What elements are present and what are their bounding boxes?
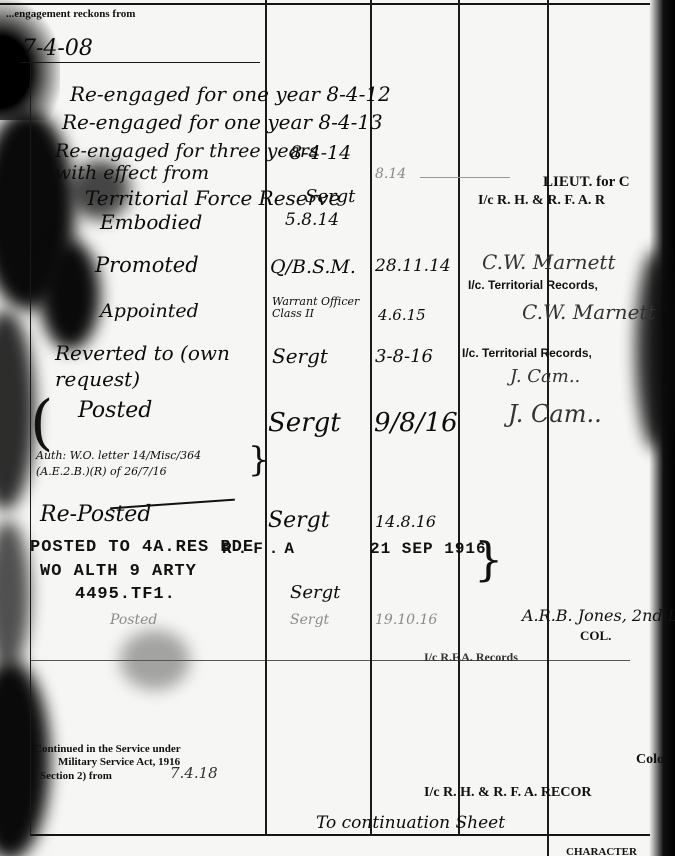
later-entry-rank: Sergt [290,582,340,603]
entry-4-signature: J. Cam.. [508,400,602,428]
col-label: Colo [636,752,664,768]
engagement-date: 7-4-08 [22,36,93,61]
entry-1-date: 28.11.14 [375,256,451,276]
entry-5-authority: Auth: W.O. letter 14/Misc/364 (A.E.2.B.)… [36,448,256,480]
entry-3-signature-faint: J. Cam.. [510,366,580,387]
records-label: I/c R. H. & R. F. A. RECOR [424,785,592,801]
note-5-date: 5.8.14 [285,210,339,230]
note-4: Territorial Force Reserve [85,186,340,210]
stamp-line-1: POSTED TO 4A.RES BDE [30,538,254,557]
territorial-records-1: I/c. Territorial Records, [468,278,598,292]
territorial-records-2: I/c. Territorial Records, [462,346,592,360]
note-5: Embodied [100,210,202,234]
entry-1-signature: C.W. Marnett [482,250,615,274]
later-entry-col-label: COL. [580,628,611,644]
later-entry-authority: I/c R.F.A. Records [424,650,518,665]
arrow-line [420,177,510,178]
lieut-for-label: LIEUT. for C [543,174,630,191]
continued-line-1: Continued in the Service under [34,743,181,755]
column-line-4 [458,0,460,836]
entry-3-event: Reverted to (own request) [55,340,265,392]
column-line-5 [547,0,549,856]
right-brace: } [248,440,270,480]
continued-line-3: Section 2) from [40,770,112,782]
stain-left-2 [40,240,100,350]
entry-1-event: Promoted [95,253,199,277]
service-record-page: ...engagement reckons from 7-4-08 Re-eng… [0,0,675,856]
later-entry-event: Posted [110,612,157,628]
entry-3-date: 3-8-16 [375,346,433,367]
note-4-date: 8.14 [375,166,406,182]
stamp-line-3: 4495.TF1. [75,585,176,604]
entry-2-date: 4.6.15 [378,306,426,324]
entry-2-signature: C.W. Marnett [522,300,655,324]
later-entry-rank-faint: Sergt [290,612,329,628]
continuation-note: To continuation Sheet [316,813,505,833]
note-3-date: 8-4-14 [290,142,351,164]
note-4-rank: Sergt [305,186,355,207]
note-3: Re-engaged for three years with effect f… [55,140,325,184]
entry-4-event: Posted [78,398,152,423]
later-entry-date: 19.10.16 [375,612,437,628]
header-rule [20,62,260,63]
note-2: Re-engaged for one year 8-4-13 [62,110,383,134]
stain-left-4 [0,520,30,670]
top-rule [0,3,650,5]
entry-2-rank: Warrant Officer Class II [272,296,362,320]
entry-3-rank: Sergt [272,344,328,368]
entry-6-rank: Sergt [268,508,330,533]
mid-rule [30,660,630,661]
rh-rfa-label: I/c R. H. & R. F. A. R [478,193,605,209]
continued-date: 7.4.18 [170,764,218,782]
entry-1-rank: Q/B.S.M. [270,256,356,278]
entry-4-date: 9/8/16 [374,408,458,438]
continued-line-2: Military Service Act, 1916 [58,756,180,768]
note-1: Re-engaged for one year 8-4-12 [70,82,391,106]
stamp-line-1-suffix: R.F.A [222,540,300,558]
later-entry-signature: A.R.B. Jones, 2nd Lt. [522,606,675,625]
entry-6-date: 14.8.16 [375,512,436,531]
character-label: CHARACTER [566,846,637,856]
entry-4-rank: Sergt [268,408,341,438]
stamp-date: 21 SEP 1916 [370,540,487,558]
bottom-rule [30,834,650,836]
stain-left-5 [0,660,50,856]
engagement-label: ...engagement reckons from [6,8,135,20]
stamp-brace: } [474,532,503,586]
stamp-line-2: WO ALTH 9 ARTY [40,562,197,581]
stain-right-1 [636,250,675,450]
entry-2-event: Appointed [100,300,199,322]
